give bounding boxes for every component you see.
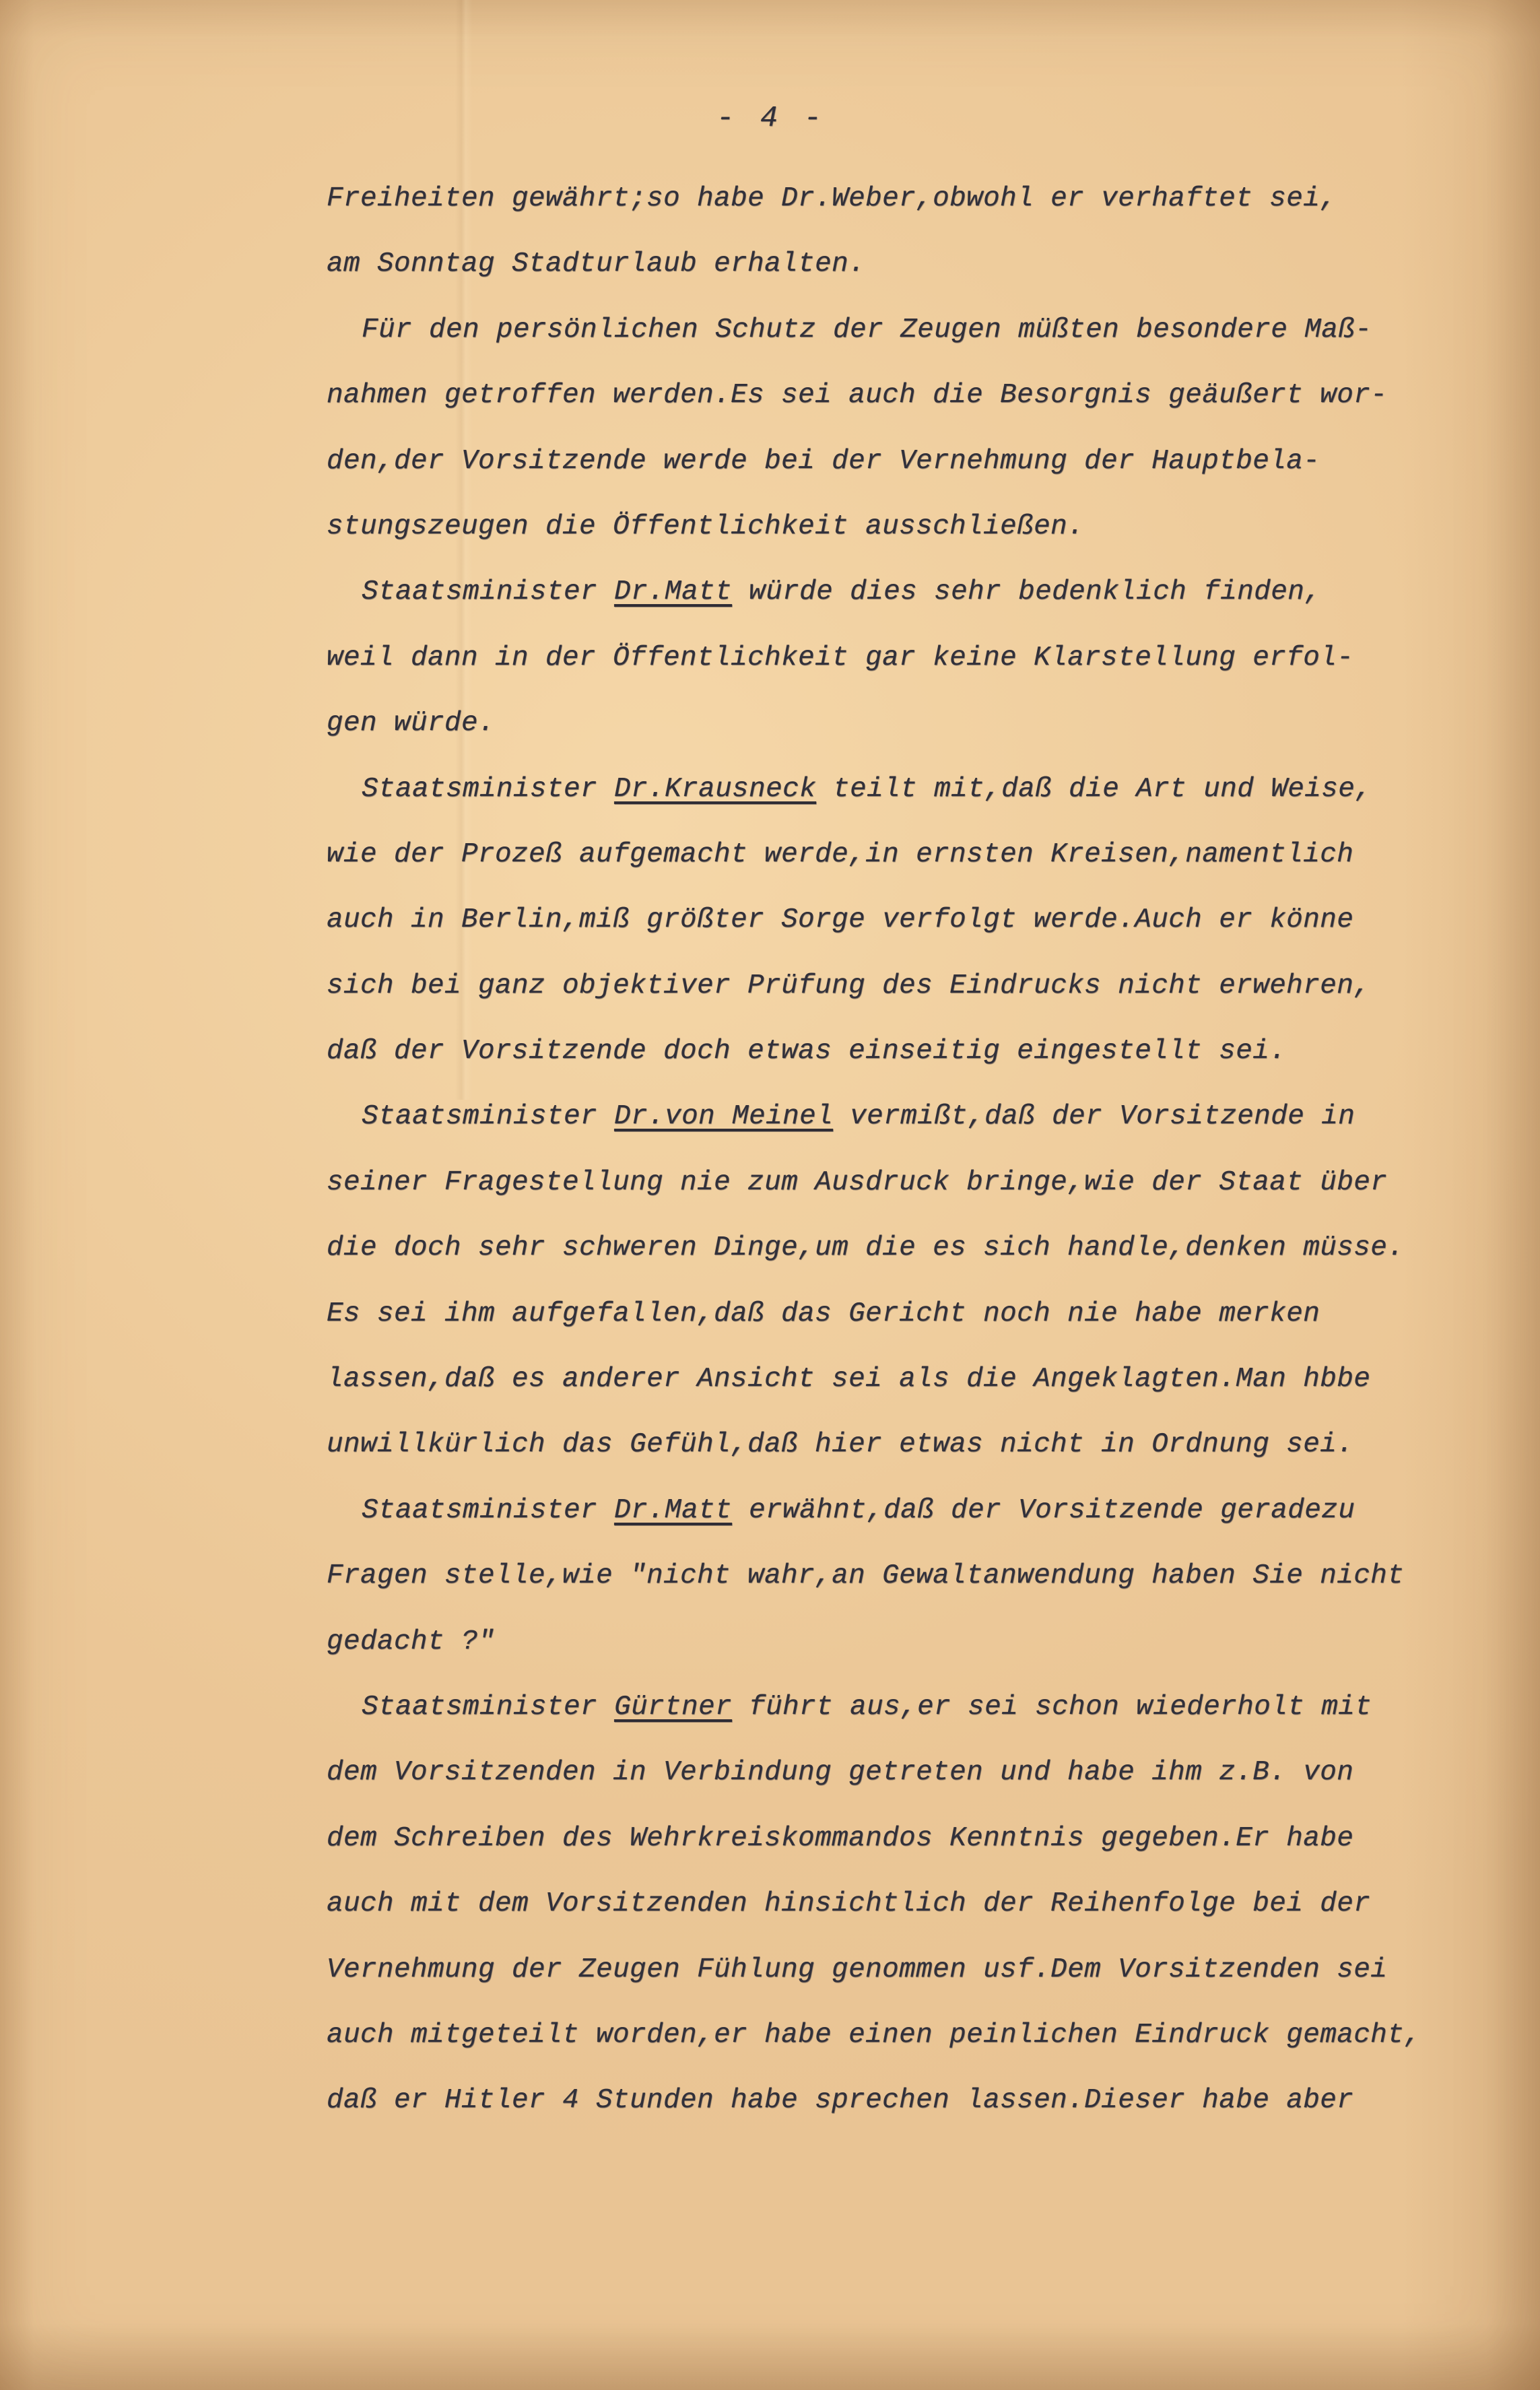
text-segment: Vernehmung der Zeugen Fühlung genommen u… (327, 1954, 1387, 1985)
text-segment: auch mit dem Vorsitzenden hinsichtlich d… (327, 1888, 1370, 1919)
text-line: daß er Hitler 4 Stunden habe sprechen la… (327, 2068, 1431, 2133)
text-line: Vernehmung der Zeugen Fühlung genommen u… (327, 1937, 1431, 2003)
text-segment: dem Vorsitzenden in Verbindung getreten … (327, 1757, 1353, 1788)
text-segment: Staatsminister (362, 774, 614, 805)
text-segment: Staatsminister (362, 1101, 614, 1132)
text-segment: Staatsminister (362, 1692, 614, 1723)
text-segment: lassen,daß es anderer Ansicht sei als di… (327, 1364, 1370, 1395)
text-line: auch mit dem Vorsitzenden hinsichtlich d… (327, 1871, 1431, 1937)
text-line: nahmen getroffen werden.Es sei auch die … (327, 363, 1431, 428)
text-segment: seiner Fragestellung nie zum Ausdruck br… (327, 1167, 1387, 1198)
text-segment: Staatsminister (362, 1495, 614, 1526)
text-segment: führt aus,er sei schon wiederholt mit (732, 1692, 1372, 1723)
text-line: daß der Vorsitzende doch etwas einseitig… (327, 1019, 1431, 1084)
text-segment: daß er Hitler 4 Stunden habe sprechen la… (327, 2085, 1353, 2116)
text-line: auch in Berlin,miß größter Sorge verfolg… (327, 888, 1431, 953)
text-segment: würde dies sehr bedenklich finden, (732, 576, 1321, 607)
text-line: weil dann in der Öffentlichkeit gar kein… (327, 626, 1431, 691)
text-segment: Freiheiten gewährt;so habe Dr.Weber,obwo… (327, 183, 1337, 214)
text-line: seiner Fragestellung nie zum Ausdruck br… (327, 1150, 1431, 1216)
text-line: unwillkürlich das Gefühl,daß hier etwas … (327, 1412, 1431, 1478)
text-segment: auch mitgeteilt worden,er habe einen pei… (327, 2020, 1421, 2051)
text-segment: weil dann in der Öffentlichkeit gar kein… (327, 642, 1353, 673)
text-segment: unwillkürlich das Gefühl,daß hier etwas … (327, 1429, 1353, 1460)
text-line: dem Vorsitzenden in Verbindung getreten … (327, 1740, 1431, 1805)
text-line: auch mitgeteilt worden,er habe einen pei… (327, 2003, 1431, 2068)
text-segment: Es sei ihm aufgefallen,daß das Gericht n… (327, 1298, 1320, 1329)
text-segment: teilt mit,daß die Art und Weise, (816, 774, 1372, 805)
text-line: dem Schreiben des Wehrkreiskommandos Ken… (327, 1806, 1431, 1871)
text-line: Freiheiten gewährt;so habe Dr.Weber,obwo… (327, 166, 1431, 232)
text-line: Es sei ihm aufgefallen,daß das Gericht n… (327, 1282, 1431, 1347)
underlined-name: Gürtner (614, 1692, 732, 1723)
text-segment: stungszeugen die Öffentlichkeit ausschli… (327, 511, 1084, 542)
text-segment: am Sonntag Stadturlaub erhalten. (327, 248, 865, 279)
text-segment: sich bei ganz objektiver Prüfung des Ein… (327, 970, 1370, 1001)
text-segment: die doch sehr schweren Dinge,um die es s… (327, 1232, 1404, 1263)
text-line: Staatsminister Dr.von Meinel vermißt,daß… (327, 1084, 1431, 1150)
text-line: Staatsminister Dr.Krausneck teilt mit,da… (327, 757, 1431, 822)
document-text-block: Freiheiten gewährt;so habe Dr.Weber,obwo… (327, 166, 1431, 2134)
page-number: - 4 - (0, 86, 1540, 152)
underlined-name: Dr.Matt (614, 576, 732, 607)
text-segment: daß der Vorsitzende doch etwas einseitig… (327, 1036, 1286, 1067)
text-segment: gedacht ?" (327, 1626, 495, 1657)
text-line: Staatsminister Gürtner führt aus,er sei … (327, 1675, 1431, 1740)
text-segment: vermißt,daß der Vorsitzende in (833, 1101, 1355, 1132)
text-segment: Für den persönlichen Schutz der Zeugen m… (362, 314, 1372, 345)
text-segment: Fragen stelle,wie "nicht wahr,an Gewalta… (327, 1560, 1404, 1591)
text-segment: wie der Prozeß aufgemacht werde,in ernst… (327, 839, 1353, 870)
text-line: Fragen stelle,wie "nicht wahr,an Gewalta… (327, 1543, 1431, 1609)
text-segment: den,der Vorsitzende werde bei der Verneh… (327, 446, 1320, 477)
text-line: gen würde. (327, 691, 1431, 756)
text-line: sich bei ganz objektiver Prüfung des Ein… (327, 954, 1431, 1019)
document-page: - 4 - Freiheiten gewährt;so habe Dr.Webe… (0, 0, 1540, 2390)
text-segment: auch in Berlin,miß größter Sorge verfolg… (327, 904, 1353, 935)
underlined-name: Dr.Krausneck (614, 774, 816, 805)
text-line: stungszeugen die Öffentlichkeit ausschli… (327, 494, 1431, 560)
text-segment: nahmen getroffen werden.Es sei auch die … (327, 380, 1387, 411)
text-line: Staatsminister Dr.Matt erwähnt,daß der V… (327, 1478, 1431, 1543)
text-line: Für den persönlichen Schutz der Zeugen m… (327, 298, 1431, 363)
text-line: den,der Vorsitzende werde bei der Verneh… (327, 429, 1431, 494)
text-segment: dem Schreiben des Wehrkreiskommandos Ken… (327, 1823, 1353, 1854)
text-segment: erwähnt,daß der Vorsitzende geradezu (732, 1495, 1355, 1526)
underlined-name: Dr.Matt (614, 1495, 732, 1526)
text-line: lassen,daß es anderer Ansicht sei als di… (327, 1347, 1431, 1412)
text-line: am Sonntag Stadturlaub erhalten. (327, 232, 1431, 297)
text-line: die doch sehr schweren Dinge,um die es s… (327, 1216, 1431, 1281)
text-segment: gen würde. (327, 708, 495, 739)
text-segment: Staatsminister (362, 576, 614, 607)
text-line: gedacht ?" (327, 1609, 1431, 1675)
underlined-name: Dr.von Meinel (614, 1101, 833, 1132)
text-line: Staatsminister Dr.Matt würde dies sehr b… (327, 560, 1431, 625)
text-line: wie der Prozeß aufgemacht werde,in ernst… (327, 822, 1431, 888)
